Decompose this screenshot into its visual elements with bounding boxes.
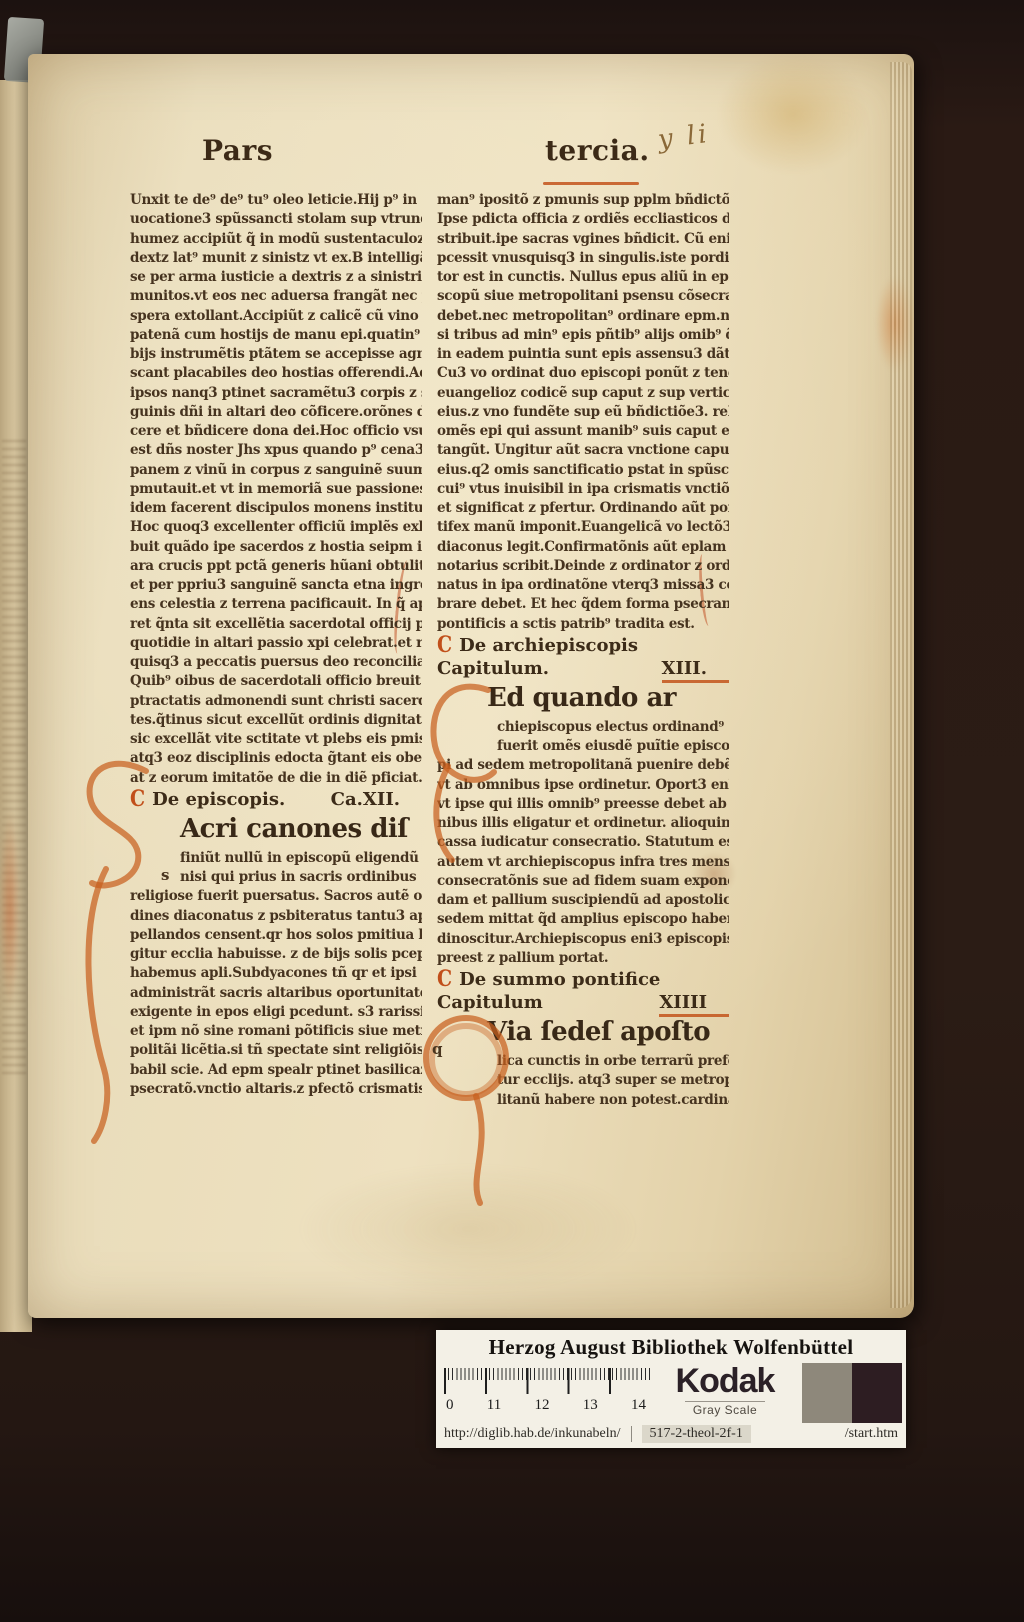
chapter-title: De summo pontifice [459,968,660,991]
ruler-number: 12 [534,1397,549,1414]
page-stack-edge [890,62,912,1308]
text-line: eius.z vno fundẽte sup eũ bñdictiõe3. re… [437,403,729,422]
text-line: se per arma iusticie a dextris z a sinis… [130,268,422,287]
paragraph: religiose fuerit puersatus. Sacros autẽ … [130,887,422,1099]
text-line: uocatione3 spũssancti stolam sup vtrunq3 [130,210,422,229]
text-line: babil scie. Ad epm spealr ptinet basilic… [130,1061,422,1080]
text-line: man⁹ ipositõ z pmunis sup pplm bñdictõ. [437,191,729,210]
shelfmark: 517-2-theol-2f-1 [642,1425,751,1443]
text-line: lica cunctis in orbe terrarũ prefer [497,1052,729,1071]
chapter-heading-13: C De archiepiscopis [437,634,729,657]
text-line: nisi qui prius in sacris ordinibus [180,868,422,887]
handwritten-note: y li [656,119,711,155]
ruler-number: 14 [631,1397,646,1414]
text-line: administrãt sacris altaribus oportunitat… [130,984,422,1003]
ruler-number: 13 [583,1397,598,1414]
text-line: cassa iudicatur consecratio. Statutum es… [437,833,729,852]
banner-bottom-row: http://diglib.hab.de/inkunabeln/ 517-2-t… [436,1422,906,1446]
text-line: et ipm nõ sine romani põtificis siue met… [130,1022,422,1041]
text-line: ipsos nanq3 ptinet sacramẽtu3 corpis z s… [130,384,422,403]
text-line: tangũt. Ungitur aũt sacra vnctione caput [437,441,729,460]
text-line: bijs instrumẽtis ptãtem se accepisse agn… [130,345,422,364]
guide-letter: s [161,866,169,884]
gray-scale-label: Gray Scale [685,1401,765,1417]
chapter-heading-13-line2: Capitulum. XIII. [437,657,729,680]
text-line: at z eorum imitatõe de die in diẽ pficia… [130,769,422,788]
chapter-number: Ca.XII. [331,788,422,811]
text-line: notarius scribit.Deinde z ordinator z or… [437,557,729,576]
text-line: guinis dñi in altari deo cõficere.orõnes… [130,403,422,422]
text-line: buit quãdo ipe sacerdos z hostia seipm i… [130,538,422,557]
text-line: gitur ecclia habuisse. z de bijs solis p… [130,945,422,964]
text-line: in eadem puintia sunt epis assensu3 dãti… [437,345,729,364]
kodak-logo: Kodak [654,1363,796,1399]
text-line: nibus illis eligatur et ordinetur. alioq… [437,814,729,833]
text-line: pi ad sedem metropolitanã puenire debẽt [437,756,729,775]
text-line: euangelioz codicẽ sup caput z sup vertic… [437,384,729,403]
text-line: et per ppriu3 sanguinẽ sancta etna ingre… [130,576,422,595]
rubric-underline [543,182,639,185]
text-line: debet.nec metropolitan⁹ ordinare epm.ni [437,307,729,326]
paragraph-indented: lica cunctis in orbe terrarũ prefertur e… [437,1052,729,1110]
text-line: religiose fuerit puersatus. Sacros autẽ … [130,887,422,906]
text-line: ens celestia z terrena pacificauit. In q… [130,595,422,614]
text-line: humez accipiũt q̃ in modũ sustentaculoz [130,230,422,249]
text-line: habemus apli.Subdyacones tñ qr et ipsi [130,964,422,983]
text-line: tor est in cunctis. Nullus epus aliũ in … [437,268,729,287]
chapter-subtitle: Capitulum [437,991,543,1014]
text-line: ptractatis admonendi sunt christi sacerd… [130,692,422,711]
paragraph-indented: chiepiscopus electus ordinand⁹fuerit omẽ… [437,718,729,757]
text-line: brare debet. Et hec q̃dem forma psecrand… [437,595,729,614]
facing-page-red-initial-blur [0,810,20,1010]
text-column-left: Unxit te de⁹ de⁹ tu⁹ oleo leticie.Hij p⁹… [130,191,422,1099]
text-line: fuerit omẽs eiusdẽ puĩtie episco [497,737,729,756]
text-line: tur ecclijs. atq3 super se metropo [497,1071,729,1090]
text-line: Unxit te de⁹ de⁹ tu⁹ oleo leticie.Hij p⁹… [130,191,422,210]
text-line: cui⁹ vtus inuisibil in ipa crismatis vnc… [437,480,729,499]
text-line: quisq3 a peccatis puersus deo reconcilia… [130,653,422,672]
text-line: si tribus ad min⁹ epis pñtib⁹ alijs omib… [437,326,729,345]
running-title-right: tercia. [545,134,650,167]
banner-middle-row: 011121314 Kodak Gray Scale [436,1363,906,1423]
text-line: eius.q2 omis sanctificatio pstat in spũs… [437,461,729,480]
text-line: Hoc quoq3 excellenter officiũ implẽs exb… [130,518,422,537]
text-line: spera extollant.Accipiũt z calicẽ cũ vin… [130,307,422,326]
digilib-url: http://diglib.hab.de/inkunabeln/ [444,1426,621,1442]
ruler: 011121314 [444,1368,650,1418]
text-line: scopũ siue metropolitani psensu cõsecrar… [437,287,729,306]
chapter-title: De episcopis. [152,788,285,811]
paragraph-indented: finiũt nullũ in episcopũ eligendũnisi qu… [130,849,422,888]
chapter-subtitle: Capitulum. [437,657,549,680]
text-line: tes.q̃tinus sicut excellũt ordinis digni… [130,711,422,730]
gray-scale-patch-gray [802,1363,852,1423]
ruler-number: 0 [446,1397,454,1414]
text-line: omẽs epi qui assunt manib⁹ suis caput ei… [437,422,729,441]
text-line: ara crucis ppt pctã generis hũani obtuli… [130,557,422,576]
text-column-right: man⁹ ipositõ z pmunis sup pplm bñdictõ.I… [437,191,729,1110]
chapter-title: De archiepiscopis [459,634,638,657]
text-line: pontificis a sctis patrib⁹ tradita est. [437,615,729,634]
start-page-link: /start.htm [845,1426,898,1442]
text-line: sedem mittat q̃d amplius episcopo habere [437,910,729,929]
chapter-heading-14-line2: Capitulum XIIII [437,991,729,1014]
text-line: sic excellãt vite sctitate vt plebs eis … [130,730,422,749]
divider [631,1426,632,1442]
text-line: dam et pallium suscipiendũ ad apostolicã [437,891,729,910]
book-page: Pars tercia. y li Unxit te de⁹ de⁹ tu⁹ o… [28,54,914,1318]
text-line: pcessit vnusquisq3 in singulis.iste pord… [437,249,729,268]
text-line: patenã cum hostijs de manu epi.quatin⁹ [130,326,422,345]
text-line: ret q̃nta sit excellẽtia sacerdotal offi… [130,615,422,634]
ruler-major-ticks [444,1368,650,1394]
text-line: vt ab omnibus ipse ordinetur. Oport3 enĩ [437,776,729,795]
kodak-block: Kodak Gray Scale [654,1363,796,1418]
text-line: preest z pallium portat. [437,949,729,968]
text-line: Ipse pdicta officia z ordiẽs eccliastico… [437,210,729,229]
section-opening-line: Via ſedeſ apoſto [437,1014,729,1052]
text-line: litanũ habere non potest.cardina [497,1091,729,1110]
text-line: et significat z pfertur. Ordinando aũt p… [437,499,729,518]
paragraph: pi ad sedem metropolitanã puenire debẽtv… [437,756,729,968]
text-line: pellandos censent.qr hos solos pmitiua l… [130,926,422,945]
text-line: Quib⁹ oibus de sacerdotali officio breui… [130,672,422,691]
aging-stain [718,54,868,174]
text-line: natus in ipa ordinatõne vterq3 missa3 ce… [437,576,729,595]
text-line: dinoscitur.Archiepiscopus eni3 episcopis [437,930,729,949]
chapter-heading-12: C De episcopis. Ca.XII. [130,788,422,811]
text-line: consecratõnis sue ad fidem suam exponen [437,872,729,891]
library-banner: Herzog August Bibliothek Wolfenbüttel 01… [436,1330,906,1448]
section-opening-line: Acri canones diſ [130,811,422,849]
text-line: panem z vinũ in corpus z sanguinẽ suum [130,461,422,480]
aging-stain [298,1164,638,1294]
text-line: cere et bñdicere dona dei.Hoc officio vs… [130,422,422,441]
paragraph: man⁹ ipositõ z pmunis sup pplm bñdictõ.I… [437,191,729,634]
paraph-mark-icon: C [437,966,452,994]
text-line: politãi licẽtia.si tñ spectate sint reli… [130,1041,422,1060]
text-line: chiepiscopus electus ordinand⁹ [497,718,729,737]
paraph-mark-icon: C [130,785,145,813]
ruler-number: 11 [487,1397,501,1414]
paragraph: Unxit te de⁹ de⁹ tu⁹ oleo leticie.Hij p⁹… [130,191,422,788]
text-line: tifex manũ imponit.Euangelicã vo lectõ3 [437,518,729,537]
gray-scale-patch-black [852,1363,902,1423]
text-line: pmutauit.et vt in memoriã sue passiones [130,480,422,499]
text-line: vt ipse qui illis omnib⁹ preesse debet a… [437,795,729,814]
text-line: psecratõ.vnctio altaris.z pfectõ crismat… [130,1080,422,1099]
section-opening-line: Ed quando ar [437,680,729,718]
library-name: Herzog August Bibliothek Wolfenbüttel [436,1335,906,1360]
text-line: exigente in epos eligi pcedunt. s3 raris… [130,1003,422,1022]
paraph-mark-icon: C [437,631,452,659]
text-line: quotidie in altari passio xpi celebrat.e… [130,634,422,653]
text-line: autem vt archiepiscopus infra tres mense… [437,853,729,872]
text-line: idem facerent discipulos monens institui… [130,499,422,518]
ruler-numbers: 011121314 [444,1394,650,1414]
chapter-number: XIII. [662,657,730,683]
text-line: munitos.vt eos nec aduersa frangãt nec p [130,287,422,306]
guide-letter: q [432,1040,443,1058]
running-title-left: Pars [202,134,273,167]
chapter-heading-14: C De summo pontifice [437,968,729,991]
text-line: est dñs noster Jhs xpus quando p⁹ cena3 [130,441,422,460]
text-line: Cu3 vo ordinat duo episcopi ponũt z tenẽ… [437,364,729,383]
photo-stage: Pars tercia. y li Unxit te de⁹ de⁹ tu⁹ o… [0,0,1024,1622]
ruler-ticks [444,1368,650,1394]
text-line: finiũt nullũ in episcopũ eligendũ [180,849,422,868]
text-line: dines diaconatus z psbiteratus tantu3 ap [130,907,422,926]
text-line: dextz lat⁹ munit z sinistz vt ex.B intel… [130,249,422,268]
text-line: diaconus legit.Confirmatõnis aũt eplam [437,538,729,557]
text-line: stribuit.ipe sacras vgines bñdicit. Cũ e… [437,230,729,249]
text-line: scant placabiles deo hostias offerendi.A… [130,364,422,383]
text-line: atq3 eoz disciplinis edocta g̃tant eis o… [130,749,422,768]
